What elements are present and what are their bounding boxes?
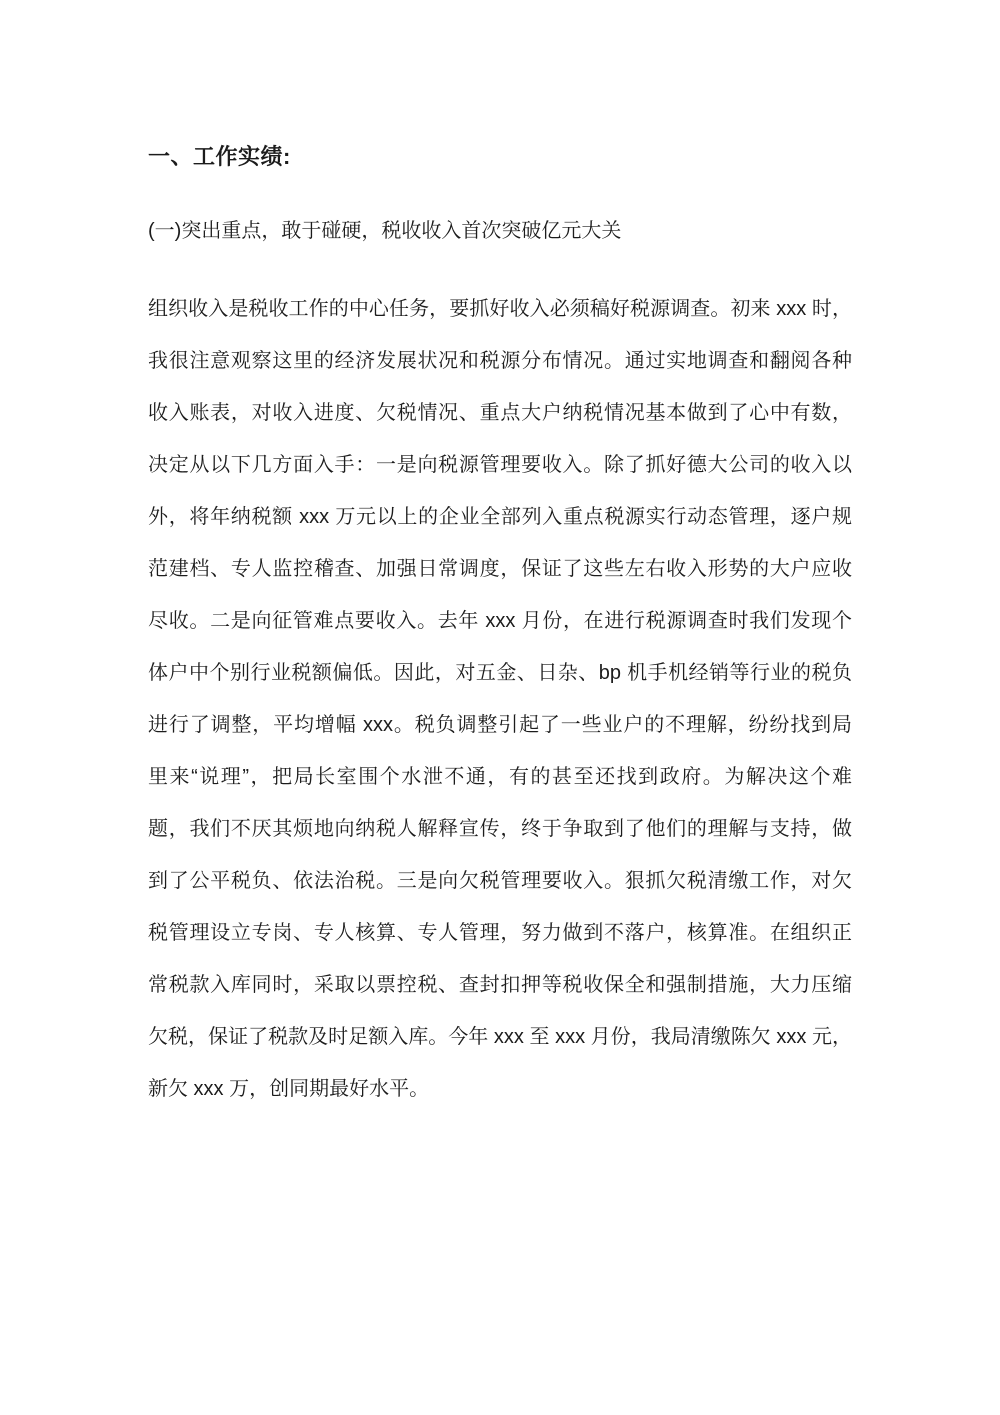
paragraph-line: 到了公平税负、依法治税。三是向欠税管理要收入。狠抓欠税清缴工作，对欠 bbox=[148, 855, 852, 907]
paragraph-line: 常税款入库同时，采取以票控税、查封扣押等税收保全和强制措施，大力压缩 bbox=[148, 959, 852, 1011]
paragraph-line: 欠税，保证了税款及时足额入库。今年 xxx 至 xxx 月份，我局清缴陈欠 xx… bbox=[148, 1011, 852, 1063]
document-page: 一、工作实绩: (一)突出重点，敢于碰硬，税收收入首次突破亿元大关 组织收入是税… bbox=[148, 0, 852, 1115]
paragraph-line: 题，我们不厌其烦地向纳税人解释宣传，终于争取到了他们的理解与支持，做 bbox=[148, 803, 852, 855]
paragraph-line: 范建档、专人监控稽查、加强日常调度，保证了这些左右收入形势的大户应收 bbox=[148, 543, 852, 595]
paragraph-line: 税管理设立专岗、专人核算、专人管理，努力做到不落户，核算准。在组织正 bbox=[148, 907, 852, 959]
paragraph-line: 组织收入是税收工作的中心任务，要抓好收入必须稿好税源调查。初来 xxx 时， bbox=[148, 283, 852, 335]
paragraph-line: 我很注意观察这里的经济发展状况和税源分布情况。通过实地调查和翻阅各种 bbox=[148, 335, 852, 387]
sub-heading: (一)突出重点，敢于碰硬，税收收入首次突破亿元大关 bbox=[148, 217, 852, 245]
body-paragraph: 组织收入是税收工作的中心任务，要抓好收入必须稿好税源调查。初来 xxx 时， 我… bbox=[148, 283, 852, 1115]
paragraph-line: 里来“说理”，把局长室围个水泄不通，有的甚至还找到政府。为解决这个难 bbox=[148, 751, 852, 803]
paragraph-line: 进行了调整，平均增幅 xxx。税负调整引起了一些业户的不理解，纷纷找到局 bbox=[148, 699, 852, 751]
paragraph-line: 尽收。二是向征管难点要收入。去年 xxx 月份，在进行税源调查时我们发现个 bbox=[148, 595, 852, 647]
paragraph-line: 决定从以下几方面入手：一是向税源管理要收入。除了抓好德大公司的收入以 bbox=[148, 439, 852, 491]
section-heading: 一、工作实绩: bbox=[148, 0, 852, 172]
paragraph-line: 外，将年纳税额 xxx 万元以上的企业全部列入重点税源实行动态管理，逐户规 bbox=[148, 491, 852, 543]
paragraph-line: 收入账表，对收入进度、欠税情况、重点大户纳税情况基本做到了心中有数， bbox=[148, 387, 852, 439]
paragraph-line: 新欠 xxx 万，创同期最好水平。 bbox=[148, 1063, 852, 1115]
paragraph-line: 体户中个别行业税额偏低。因此，对五金、日杂、bp 机手机经销等行业的税负 bbox=[148, 647, 852, 699]
